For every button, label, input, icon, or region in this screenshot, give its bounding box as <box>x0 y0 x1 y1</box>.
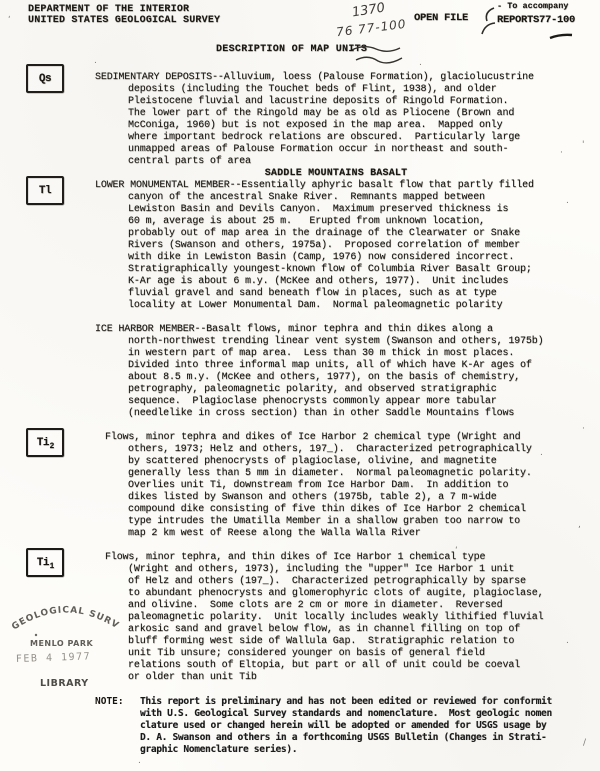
text-line: central parts of area <box>128 156 577 168</box>
text-line: McConiga, 1960) but is not exposed in th… <box>128 120 577 132</box>
text-line: with U.S. Geological Survey standards an… <box>140 708 577 720</box>
document-body: SEDIMENTARY DEPOSITS--Alluvium, loess (P… <box>95 72 577 756</box>
scan-speck: . <box>540 448 543 458</box>
scan-speck: ʻ <box>455 546 458 556</box>
unit-description-ice-harbor-1: Flows, minor tephra, and thin dikes of I… <box>95 552 577 684</box>
unit-description-ice-harbor-2: Flows, minor tephra and dikes of Ice Har… <box>95 432 577 540</box>
accompany-annotation: - To accompany <box>497 1 568 11</box>
text-line: or older than unit Tib <box>128 672 577 684</box>
text-line: locality at Lower Monumental Dam. Normal… <box>128 300 577 312</box>
text-line: dikes listed by Swanson and others (1975… <box>128 492 577 504</box>
text-line: Stratigraphically youngest-known flow of… <box>128 264 577 276</box>
text-line: generally less than 5 mm in diameter. No… <box>128 468 577 480</box>
unit-box-tl: Tl <box>26 176 64 205</box>
handwritten-number: 1370 <box>351 1 386 21</box>
text-line: by scattered phenocrysts of plagioclase,… <box>128 456 577 468</box>
text-line: in western part of map area. Less than 3… <box>128 348 577 360</box>
text-line: relations south of Eltopia, but part or … <box>128 660 577 672</box>
text-line: Flows, minor tephra and dikes of Ice Har… <box>95 432 577 444</box>
library-stamp: GEOLOGICAL SURVEY MENLO PARK FEB 4 1977 … <box>6 596 124 692</box>
stamp-office-text: MENLO PARK <box>30 639 94 648</box>
handwritten-scribble <box>348 44 408 68</box>
paragraph-continuation: north-northwest trending linear vent sys… <box>95 336 577 420</box>
text-line: deposits (including the Touchet beds of … <box>128 84 577 96</box>
text-line: This report is preliminary and has not b… <box>140 696 577 708</box>
handwritten-report-number: 76 77-100 <box>335 17 407 39</box>
scan-speck: ʹ <box>8 16 11 26</box>
text-line: compound dike consisting of five thin di… <box>128 504 577 516</box>
text-line: type intrudes the Umatilla Member in a s… <box>128 516 577 528</box>
paragraph-continuation: deposits (including the Touchet beds of … <box>95 84 577 168</box>
handwritten-bracket-mark <box>478 6 500 36</box>
paragraph-continuation: (Wright and others, 1973), including the… <box>95 564 577 684</box>
text-line: unmapped areas of Palouse Formation occu… <box>128 144 577 156</box>
unit-label-subscript: 2 <box>49 443 53 451</box>
agency-name-line2: UNITED STATES GEOLOGICAL SURVEY <box>28 15 220 26</box>
text-line: K-Ar age is about 6 m.y. (McKee and othe… <box>128 276 577 288</box>
svg-text:GEOLOGICAL SURVEY: GEOLOGICAL SURVEY <box>6 596 121 632</box>
paragraph-continuation: canyon of the ancestral Snake River. Rem… <box>95 192 577 312</box>
section-heading: SADDLE MOUNTAINS BASALT <box>95 168 577 180</box>
unit-label: Ti <box>37 557 49 569</box>
text-line: and olivine. Some clots are 2 cm or more… <box>128 600 577 612</box>
text-line: about 8.5 m.y. (McKee and others, 1977),… <box>128 372 577 384</box>
text-line: ICE HARBOR MEMBER--Basalt flows, minor t… <box>95 324 577 336</box>
unit-description-lower-monumental: LOWER MONUMENTAL MEMBER--Essentially aph… <box>95 180 577 312</box>
scan-speck: / <box>583 738 586 748</box>
scan-speck: · <box>582 424 585 434</box>
report-number-label: REPORTS77-100 <box>497 14 575 26</box>
text-line: bluff forming west side of Wallula Gap. … <box>128 636 577 648</box>
text-line: unit Tib unsure; considered younger on b… <box>128 648 577 660</box>
text-line: graphic Nomenclature series). <box>140 744 577 756</box>
scan-speck: ' <box>582 140 584 150</box>
text-line: probably out of map area in the drainage… <box>128 228 577 240</box>
text-line: map 2 km west of Reese along the Walla W… <box>128 528 577 540</box>
text-line: LOWER MONUMENTAL MEMBER--Essentially aph… <box>95 180 577 192</box>
unit-box-ti2: Ti2 <box>26 428 64 457</box>
text-line: clature used or changed herein will be a… <box>140 720 577 732</box>
scan-speck: . <box>138 756 141 766</box>
open-file-label: OPEN FILE <box>414 12 468 24</box>
text-line: arkosic sand and gravel below flow, as i… <box>128 624 577 636</box>
scanned-document-page: DEPARTMENT OF THE INTERIOR UNITED STATES… <box>0 0 600 771</box>
text-line: 60 m, average is about 25 m. Erupted fro… <box>128 216 577 228</box>
scan-speck: . <box>419 58 422 68</box>
stamp-dot <box>35 634 37 636</box>
unit-label: Ti <box>37 437 49 449</box>
paragraph-continuation: This report is preliminary and has not b… <box>95 696 577 756</box>
unit-description-ice-harbor: ICE HARBOR MEMBER--Basalt flows, minor t… <box>95 324 577 420</box>
text-line: north-northwest trending linear vent sys… <box>128 336 577 348</box>
handwritten-dash-mark <box>548 32 574 40</box>
unit-label-subscript: 1 <box>49 563 53 571</box>
scan-speck: . <box>566 196 569 206</box>
text-line: to abundant phenocrysts and glomerophyri… <box>128 588 577 600</box>
paragraph-continuation: others, 1973; Helz and others, 197_). Ch… <box>95 444 577 540</box>
stamp-library-text: LIBRARY <box>40 678 89 689</box>
text-line: The lower part of the Ringold may be as … <box>128 108 577 120</box>
unit-label: Qs <box>39 73 51 85</box>
text-line: paleomagnetic polarity. Unit locally inc… <box>128 612 577 624</box>
text-line: Overlies unit Ti, downstream from Ice Ha… <box>128 480 577 492</box>
text-line: Rivers (Swanson and others, 1975a). Prop… <box>128 240 577 252</box>
note-label: NOTE: <box>95 696 124 708</box>
text-line: others, 1973; Helz and others, 197_). Ch… <box>128 444 577 456</box>
text-line: D. A. Swanson and others in a forthcomin… <box>140 732 577 744</box>
text-line: canyon of the ancestral Snake River. Rem… <box>128 192 577 204</box>
unit-description-qs: SEDIMENTARY DEPOSITS--Alluvium, loess (P… <box>95 72 577 168</box>
text-line: SEDIMENTARY DEPOSITS--Alluvium, loess (P… <box>95 72 577 84</box>
text-line: sequence. Plagioclase phenocrysts common… <box>128 396 577 408</box>
text-line: (needlelike in cross section) than in ot… <box>128 408 577 420</box>
text-line: where important bedrock relations are ob… <box>128 132 577 144</box>
scan-speck: . <box>94 56 97 66</box>
text-line: fluvial gravel and sand beneath flow in … <box>128 288 577 300</box>
agency-name-line1: DEPARTMENT OF THE INTERIOR <box>28 4 189 15</box>
text-line: of Helz and others (197_). Characterized… <box>128 576 577 588</box>
unit-label: Tl <box>39 185 51 197</box>
text-line: (Wright and others, 1973), including the… <box>128 564 577 576</box>
note-paragraph: NOTE: This report is preliminary and has… <box>95 696 577 756</box>
page-title: DESCRIPTION OF MAP UNITS <box>216 44 367 55</box>
scan-speck: · <box>560 148 563 158</box>
text-line: with dike in Lewiston Basin (Camp, 1976)… <box>128 252 577 264</box>
unit-box-qs: Qs <box>26 64 64 93</box>
stamp-date-text: FEB 4 1977 <box>16 651 92 665</box>
scan-speck: , <box>578 520 581 530</box>
stamp-arc-text: GEOLOGICAL SURVEY <box>6 596 121 632</box>
scan-speck: . <box>566 636 569 646</box>
text-line: Divided into three informal map units, a… <box>128 360 577 372</box>
text-line: Pleistocene fluvial and lacustrine depos… <box>128 96 577 108</box>
text-line: Lewiston Basin and Devils Canyon. Maximu… <box>128 204 577 216</box>
text-line: petrography, paleomagnetic polarity, and… <box>128 384 577 396</box>
text-line: Flows, minor tephra, and thin dikes of I… <box>95 552 577 564</box>
unit-box-ti1: Ti1 <box>26 548 64 577</box>
